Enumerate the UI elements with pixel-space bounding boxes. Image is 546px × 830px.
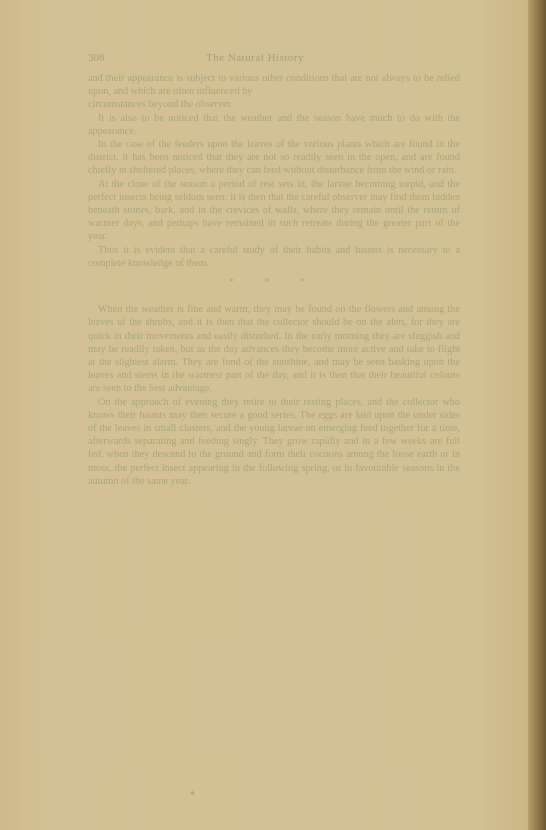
paragraph: circumstances beyond the observer. — [88, 98, 460, 111]
paragraph: At the close of the season a period of r… — [88, 178, 460, 244]
paragraph: When the weather is fine and warm, they … — [88, 303, 460, 395]
paragraph: It is also to be noticed that the weathe… — [88, 112, 460, 138]
book-spine-edge — [528, 0, 546, 830]
footer-mark: * — [190, 790, 195, 801]
book-page: 308 The Natural History and their appear… — [0, 0, 528, 830]
paragraph: and their appearance is subject to vario… — [88, 72, 460, 98]
running-head: The Natural History — [206, 52, 304, 64]
paragraph: Thus it is evident that a careful study … — [88, 244, 460, 270]
page-header: 308 The Natural History — [88, 52, 458, 66]
page-number: 308 — [88, 52, 105, 64]
page-body: and their appearance is subject to vario… — [88, 72, 460, 488]
paragraph: In the case of the feeders upon the leav… — [88, 138, 460, 178]
paragraph: On the approach of evening they retire t… — [88, 396, 460, 488]
section-separator: * * * — [88, 276, 460, 289]
